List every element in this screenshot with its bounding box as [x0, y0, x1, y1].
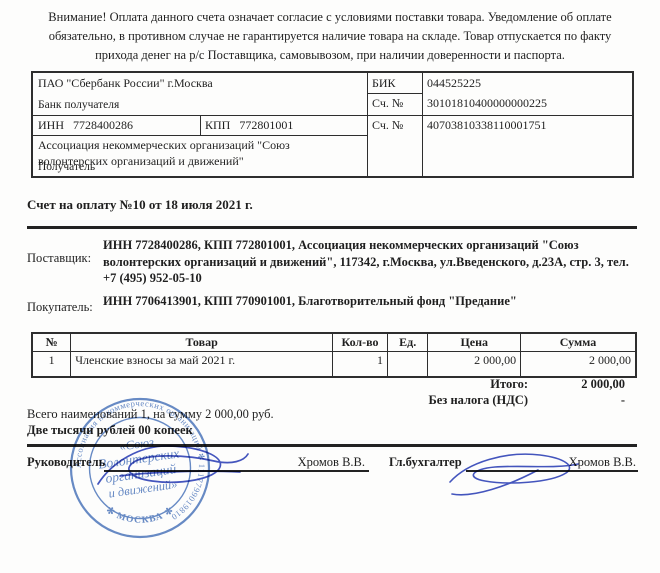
buyer-details: ИНН 7706413901, КПП 770901001, Благотвор… [103, 293, 635, 310]
table-row: 1 Членские взносы за май 2021 г. 1 2 000… [32, 352, 636, 378]
inn-value: 7728400286 [73, 118, 133, 132]
accountant-signature [438, 442, 588, 504]
bank-name: ПАО "Сбербанк России" г.Москва [38, 76, 213, 91]
divider [33, 135, 367, 136]
item-price: 2 000,00 [428, 352, 521, 378]
col-header-num: № [32, 333, 71, 352]
payment-warning-text: Внимание! Оплата данного счета означает … [30, 8, 630, 64]
divider [367, 93, 422, 94]
items-table: № Товар Кол-во Ед. Цена Сумма 1 Членские… [31, 332, 637, 378]
bank-label: Банк получателя [38, 99, 119, 111]
vat-value: - [480, 393, 625, 408]
item-name: Членские взносы за май 2021 г. [71, 352, 333, 378]
recipient-label: Получатель [38, 161, 95, 173]
corr-account-label: Сч. № [372, 96, 403, 111]
bank-requisites-table: ПАО "Сбербанк России" г.Москва Банк полу… [31, 71, 634, 178]
total-value: 2 000,00 [480, 377, 625, 392]
divider [27, 226, 637, 229]
item-num: 1 [32, 352, 71, 378]
divider [200, 115, 201, 135]
supplier-details: ИНН 7728400286, КПП 772801001, Ассоциаци… [103, 237, 635, 287]
supplier-label: Поставщик: [27, 251, 91, 266]
items-header-row: № Товар Кол-во Ед. Цена Сумма [32, 333, 636, 352]
col-header-sum: Сумма [521, 333, 636, 352]
account-value: 40703810338110001751 [427, 118, 547, 133]
corr-account-value: 30101810400000000225 [427, 96, 547, 111]
divider [367, 73, 368, 176]
bik-label: БИК [372, 76, 396, 91]
inn-label: ИНН 7728400286 [38, 118, 133, 133]
divider [33, 115, 632, 116]
item-qty: 1 [333, 352, 388, 378]
buyer-label: Покупатель: [27, 300, 93, 315]
col-header-price: Цена [428, 333, 521, 352]
director-signature [90, 432, 255, 507]
kpp-label: КПП 772801001 [205, 118, 293, 133]
col-header-name: Товар [71, 333, 333, 352]
col-header-unit: Ед. [388, 333, 428, 352]
item-unit [388, 352, 428, 378]
stamp-bottom-text: ✻ МОСКВА ✻ [104, 505, 176, 526]
kpp-value: 772801001 [239, 118, 293, 132]
account-label: Сч. № [372, 118, 403, 133]
item-sum: 2 000,00 [521, 352, 636, 378]
col-header-qty: Кол-во [333, 333, 388, 352]
invoice-title: Счет на оплату №10 от 18 июля 2021 г. [27, 197, 253, 213]
director-name: Хромов В.В. [240, 455, 365, 470]
divider [422, 73, 423, 176]
bik-value: 044525225 [427, 76, 481, 91]
